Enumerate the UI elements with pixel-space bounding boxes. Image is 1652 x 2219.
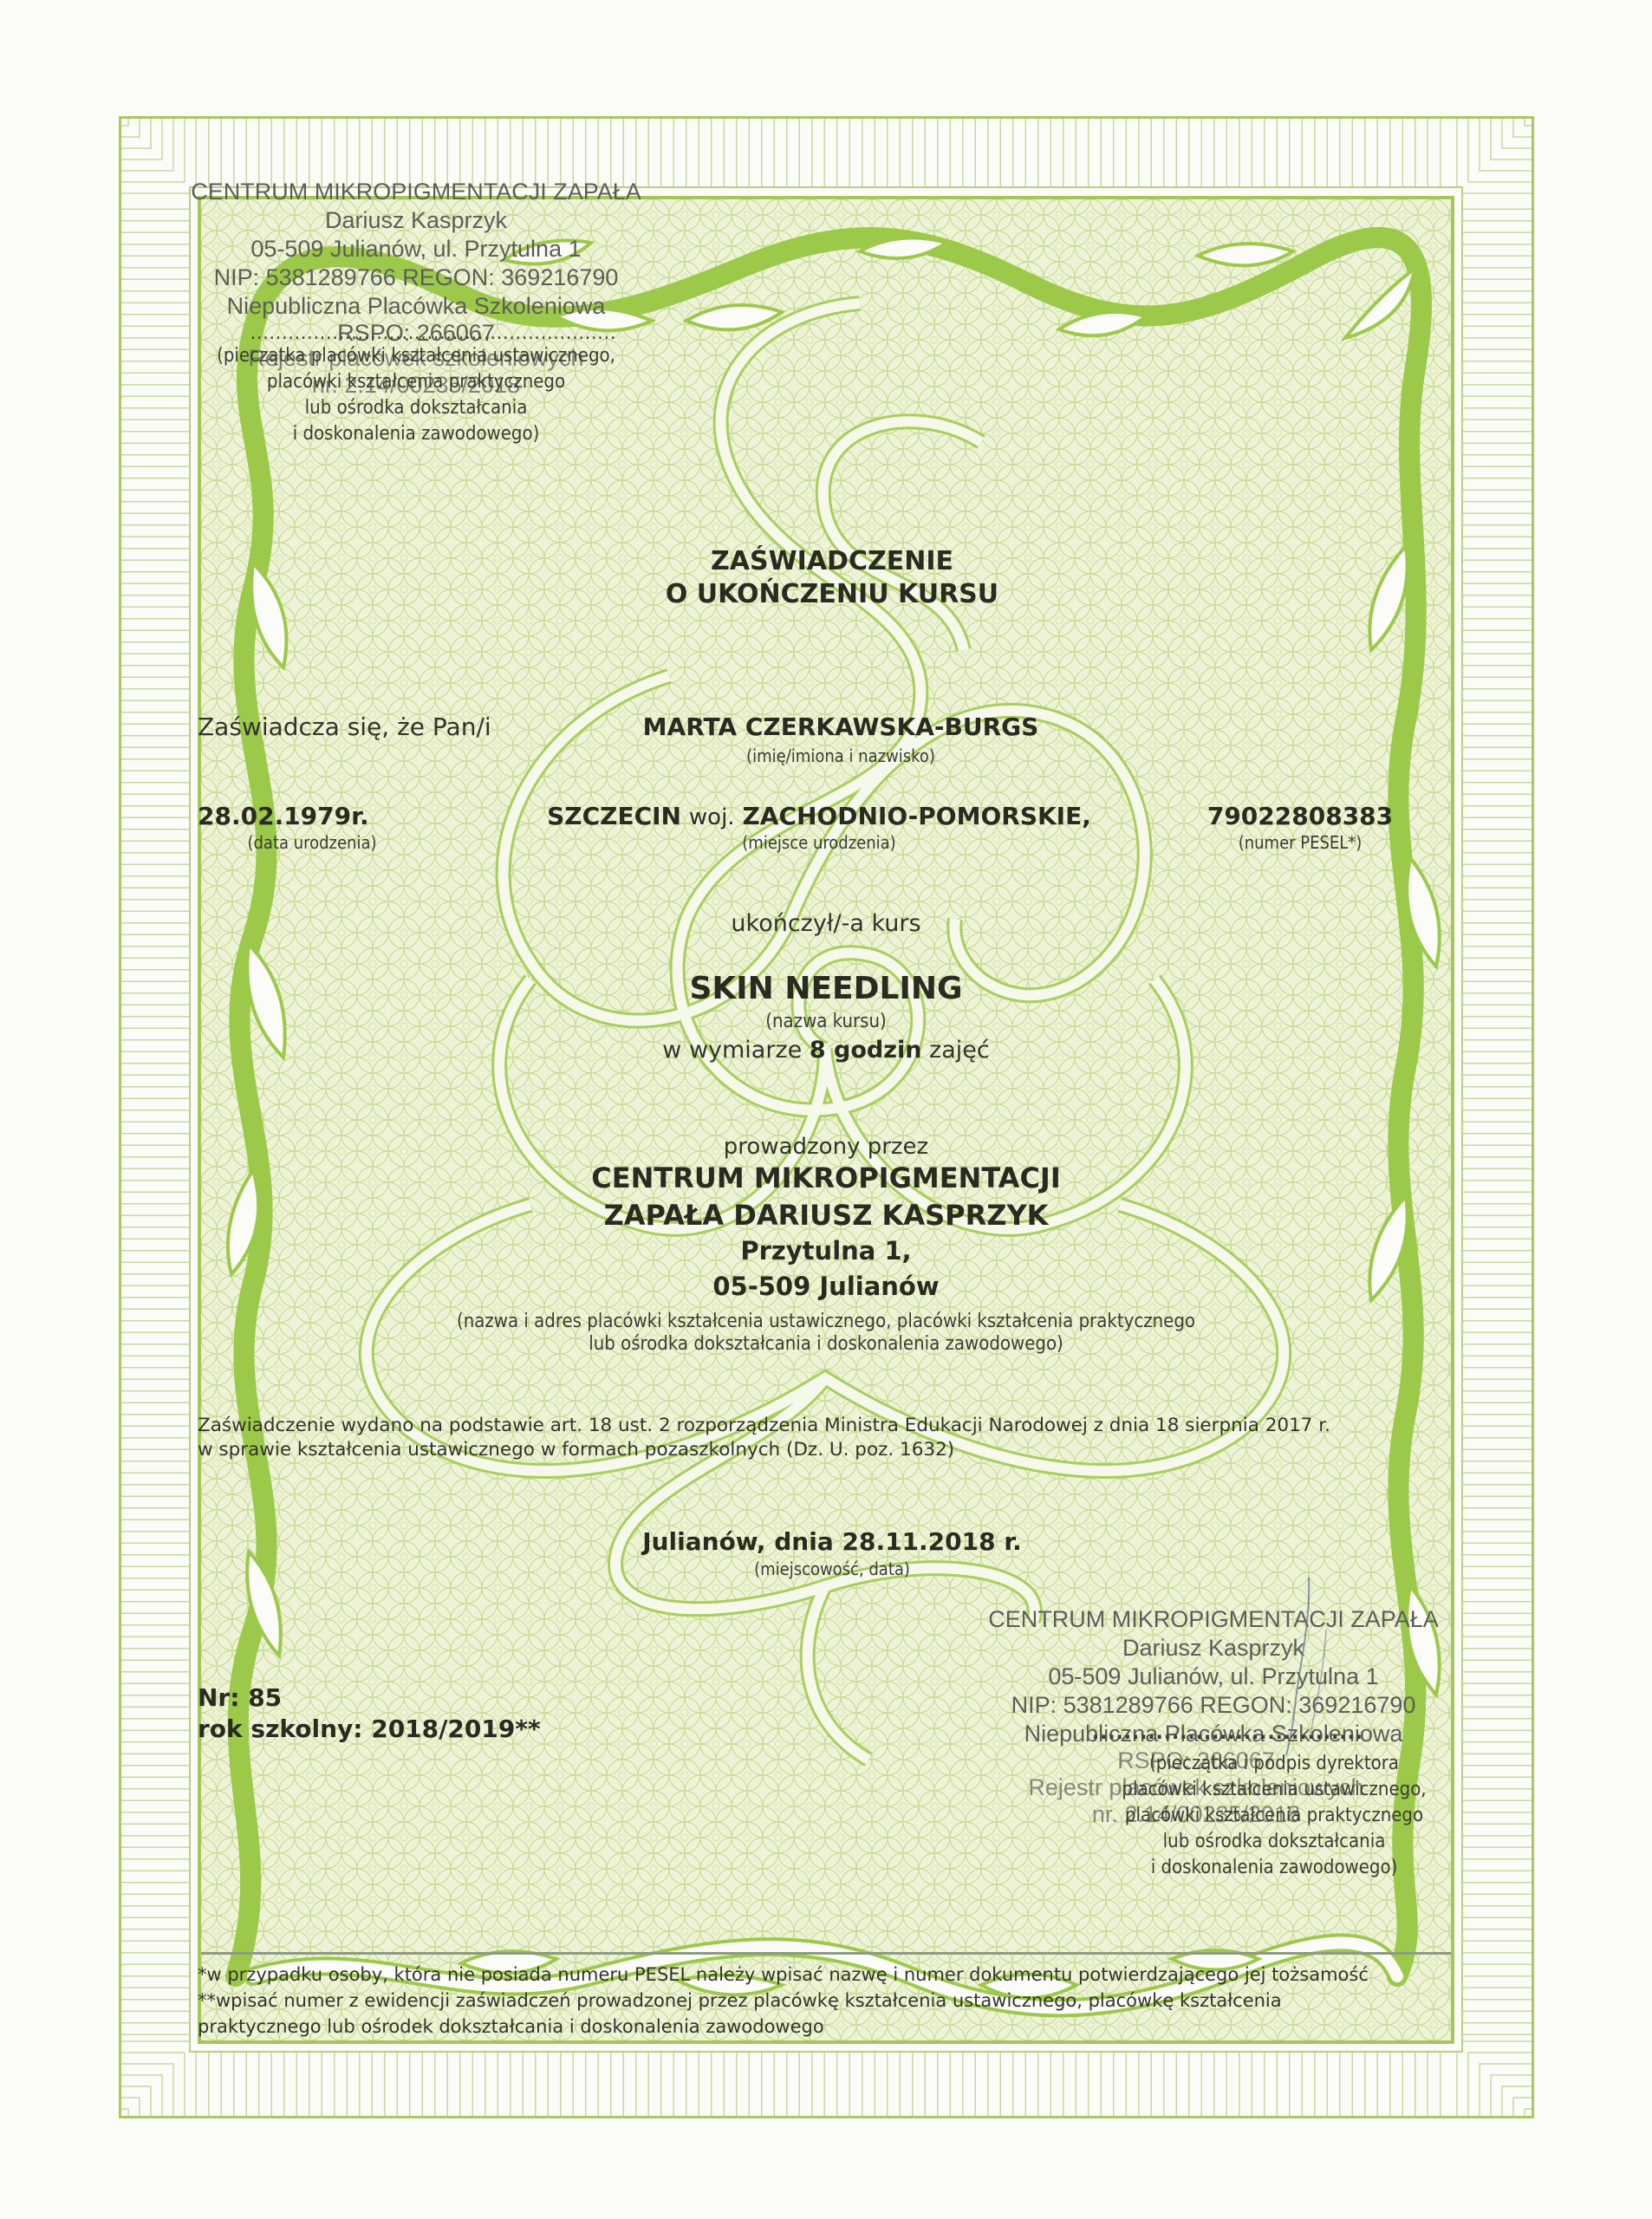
birth-date: 28.02.1979r. xyxy=(198,802,369,830)
footnote-1: *w przypadku osoby, która nie posiada nu… xyxy=(198,1964,1369,1985)
pesel-number: 79022808383 xyxy=(1187,802,1413,830)
issue-place-date: Julianów, dnia 28.11.2018 r. xyxy=(572,1527,1092,1556)
birth-place-hint: (miejsce urodzenia) xyxy=(516,832,1122,853)
stamp-line: CENTRUM MIKROPIGMENTACJI ZAPAŁA xyxy=(953,1605,1473,1634)
legal-basis-line2: w sprawie kształcenia ustawicznego w for… xyxy=(198,1439,954,1461)
provider-street: Przytulna 1, xyxy=(0,1236,1652,1266)
caption-line: lub ośrodka dokształcania xyxy=(147,397,685,419)
caption-line: lub ośrodka dokształcania xyxy=(1083,1831,1465,1852)
corner-ornament-icon xyxy=(1452,119,1532,198)
provider-city: 05-509 Julianów xyxy=(0,1272,1652,1301)
provider-name-line1: CENTRUM MIKROPIGMENTACJI xyxy=(0,1162,1652,1194)
caption-line: (pieczątka placówki kształcenia ustawicz… xyxy=(147,345,685,367)
provider-hint-line1: (nazwa i adres placówki kształcenia usta… xyxy=(0,1311,1652,1332)
birth-date-hint: (data urodzenia) xyxy=(208,832,416,853)
pesel-hint: (numer PESEL*) xyxy=(1187,832,1413,853)
caption-line: i doskonalenia zawodowego) xyxy=(147,423,685,445)
person-name: MARTA CZERKAWSKA-BURGS xyxy=(537,713,1144,741)
person-name-hint: (imię/imiona i nazwisko) xyxy=(537,745,1144,766)
caption-line: (pieczątka i podpis dyrektora xyxy=(1083,1753,1465,1774)
footnote-2: **wpisać numer z ewidencji zaświadczeń p… xyxy=(198,1990,1282,2011)
hours-suffix: zajęć xyxy=(929,1037,990,1064)
caption-line: placówki kształcenia ustawicznego, xyxy=(1083,1779,1465,1800)
certificate-title: ZAŚWIADCZENIE xyxy=(572,546,1092,576)
birth-woj-prefix: woj. xyxy=(689,804,735,830)
certify-intro: Zaświadcza się, że Pan/i xyxy=(198,713,491,741)
school-year: rok szkolny: 2018/2019** xyxy=(198,1715,541,1743)
stamp-line: Dariusz Kasprzyk xyxy=(953,1634,1473,1663)
caption-line: placówki kształcenia praktycznego xyxy=(147,371,685,393)
birth-region: ZACHODNIO-POMORSKIE, xyxy=(742,802,1090,830)
certificate-number: Nr: 85 xyxy=(198,1683,282,1712)
footnote-divider xyxy=(201,1952,1451,1955)
signature-dotted-line: ........................................… xyxy=(191,322,676,344)
stamp-line: Dariusz Kasprzyk xyxy=(147,206,685,235)
certificate-subtitle: O UKOŃCZENIU KURSU xyxy=(572,579,1092,609)
stamp-line: CENTRUM MIKROPIGMENTACJI ZAPAŁA xyxy=(147,178,685,206)
course-name-hint: (nazwa kursu) xyxy=(0,1011,1652,1032)
provider-intro: prowadzony przez xyxy=(0,1134,1652,1160)
provider-name-line2: ZAPAŁA DARIUSZ KASPRZYK xyxy=(0,1199,1652,1232)
stamp-line: Niepubliczna Placówka Szkoleniowa xyxy=(147,292,685,321)
corner-ornament-icon xyxy=(1452,2036,1532,2116)
stamp-line: 05-509 Julianów, ul. Przytulna 1 xyxy=(147,235,685,264)
caption-line: i doskonalenia zawodowego) xyxy=(1083,1857,1465,1878)
caption-line: placówki kształcenia praktycznego xyxy=(1083,1805,1465,1826)
stamp-line: 05-509 Julianów, ul. Przytulna 1 xyxy=(953,1663,1473,1691)
hours-prefix: w wymiarze xyxy=(662,1037,802,1064)
hours-value: 8 godzin xyxy=(810,1037,922,1064)
signature-dotted-line: .................................. xyxy=(1092,1720,1465,1744)
course-name: SKIN NEEDLING xyxy=(0,971,1652,1006)
provider-hint-line2: lub ośrodka dokształcania i doskonalenia… xyxy=(0,1333,1652,1355)
course-completed-label: ukończył/-a kurs xyxy=(0,910,1652,937)
birth-place: SZCZECIN woj. ZACHODNIO-POMORSKIE, xyxy=(516,802,1122,830)
legal-basis-line1: Zaświadczenie wydano na podstawie art. 1… xyxy=(198,1415,1330,1436)
stamp-line: NIP: 5381289766 REGON: 369216790 xyxy=(953,1691,1473,1720)
stamp-line: NIP: 5381289766 REGON: 369216790 xyxy=(147,264,685,292)
course-hours: w wymiarze 8 godzin zajęć xyxy=(0,1037,1652,1064)
birth-city: SZCZECIN xyxy=(547,802,681,830)
footnote-2-cont: praktycznego lub ośrodek dokształcania i… xyxy=(198,2016,824,2037)
issue-place-date-hint: (miejscowość, data) xyxy=(572,1559,1092,1579)
